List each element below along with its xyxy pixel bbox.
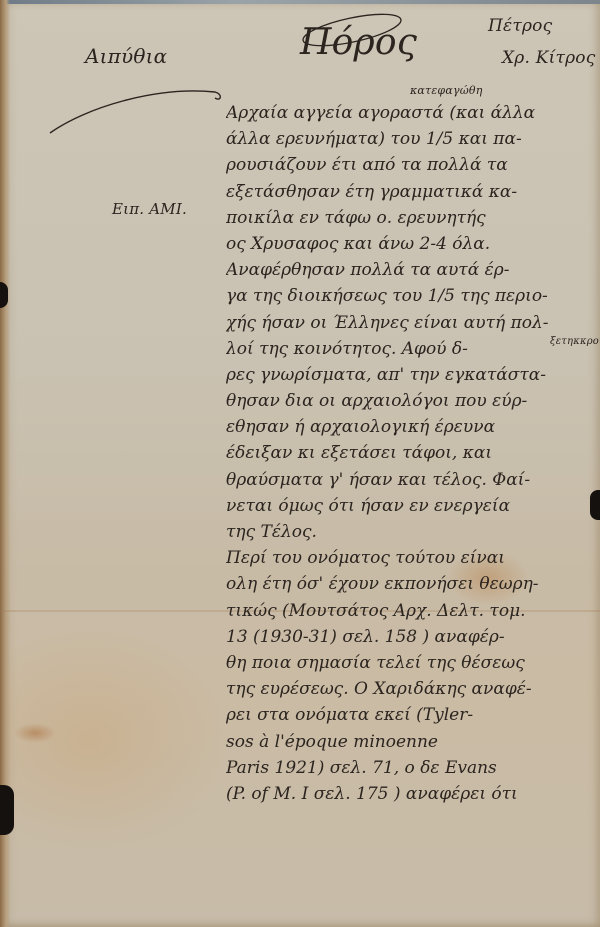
text-line: 13 (1930-31) σελ. 158 ) αναφέρ-	[226, 624, 598, 650]
text-line: ρες γνωρίσματα, απ' την εγκατάστα-	[226, 362, 598, 388]
text-line: γα της διοικήσεως του 1/5 της περιο-	[226, 283, 598, 309]
text-line: (P. of M. I σελ. 175 ) αναφέρει ότι	[226, 781, 598, 807]
margin-reference: Ειπ. ΑΜΙ.	[112, 200, 187, 218]
paper-tear	[0, 785, 14, 835]
text-line: τικώς (Μουτσάτος Αρχ. Δελτ. τομ.	[226, 598, 598, 624]
text-line: νεται όμως ότι ήσαν εν ενεργεία	[226, 493, 598, 519]
text-line: εξετάσθησαν έτη γραμματικά κα-	[226, 179, 598, 205]
text-line: λοί της κοινότητος. Αφού δ-	[226, 336, 598, 362]
manuscript-page: Αιπύθια Πόρος Πέτρος Χρ. Κίτρος Ειπ. ΑΜΙ…	[0, 0, 600, 927]
text-line: ρουσιάζουν έτι από τα πολλά τα	[226, 152, 598, 178]
text-line: χής ήσαν οι Έλληνες είναι αυτή πολ-	[226, 310, 598, 336]
page-top-edge	[0, 0, 600, 4]
author-name-line2: Χρ. Κίτρος	[502, 48, 595, 68]
text-line: ποικίλα εν τάφω ο. ερευνητής	[226, 205, 598, 231]
page-title: Πόρος	[300, 22, 417, 63]
text-line: Αρχαία αγγεία αγοραστά (και άλλα	[226, 100, 598, 126]
margin-underline-stroke	[45, 78, 225, 138]
interlinear-note: κατεφαγώθη	[410, 84, 483, 97]
text-line: ος Χρυσαφος και άνω 2-4 όλα.	[226, 231, 598, 257]
text-line: sos à l'époque minoenne	[226, 729, 598, 755]
paper-tear	[0, 282, 8, 308]
text-line: Περί του ονόματος τούτου είναι	[226, 545, 598, 571]
text-line: έδειξαν κι εξετάσει τάφοι, και	[226, 440, 598, 466]
text-line: άλλα ερευνήματα) του 1/5 και πα-	[226, 126, 598, 152]
text-line: της ευρέσεως. Ο Χαριδάκης αναφέ-	[226, 676, 598, 702]
text-line: Αναφέρθησαν πολλά τα αυτά έρ-	[226, 257, 598, 283]
text-line: θησαν δια οι αρχαιολόγοι που εύρ-	[226, 388, 598, 414]
text-line: εθησαν ή αρχαιολογική έρευνα	[226, 414, 598, 440]
text-line: της Τέλος.	[226, 519, 598, 545]
manuscript-body: Αρχαία αγγεία αγοραστά (και άλλα άλλα ερ…	[226, 100, 598, 807]
author-name: Πέτρος	[488, 16, 552, 36]
text-line: θραύσματα γ' ήσαν και τέλος. Φαί-	[226, 467, 598, 493]
text-line: ολη έτη όσ' έχουν εκπονήσει θεωρη-	[226, 571, 598, 597]
text-line: Paris 1921) σελ. 71, ο δε Evans	[226, 755, 598, 781]
margin-note: Αιπύθια	[85, 44, 167, 68]
text-line: θη ποια σημασία τελεί της θέσεως	[226, 650, 598, 676]
text-line: ρει στα ονόματα εκεί (Tyler-	[226, 702, 598, 728]
